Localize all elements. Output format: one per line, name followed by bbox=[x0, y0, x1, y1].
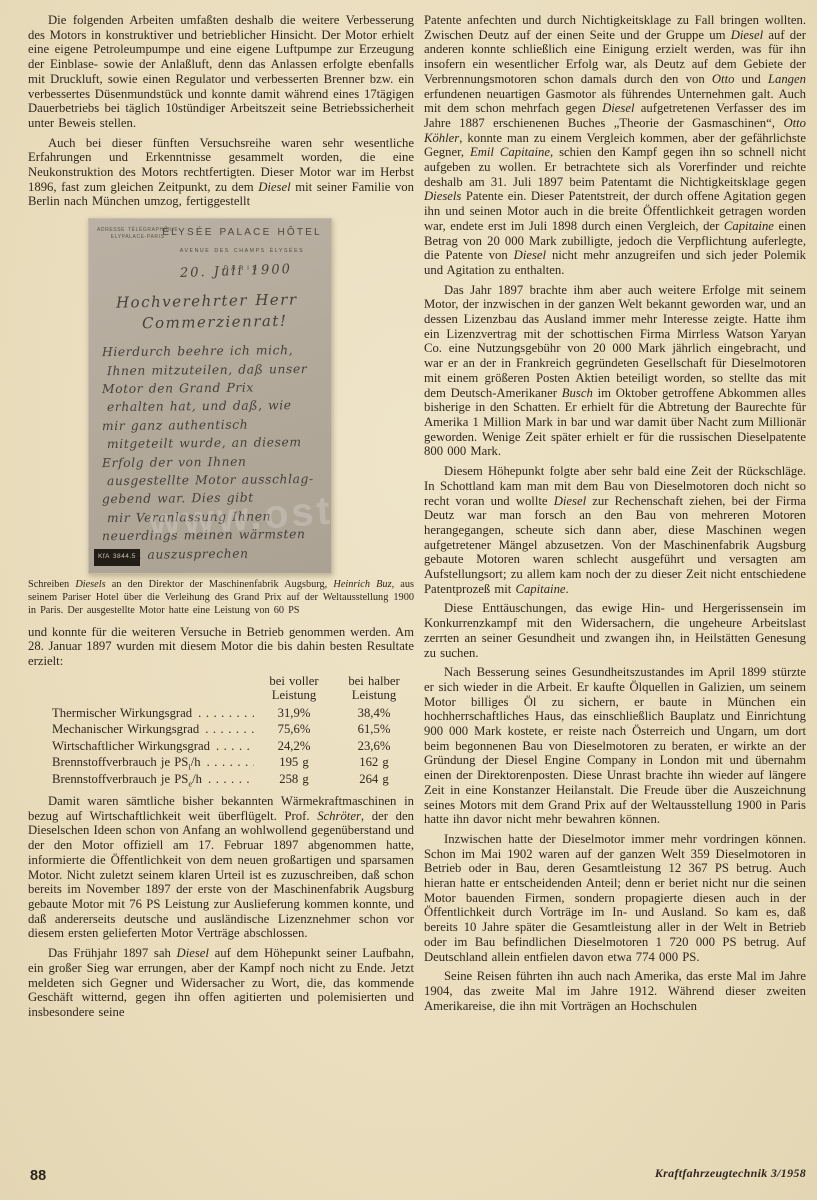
value-full-load: 24,2% bbox=[254, 738, 334, 754]
results-table-body: Thermischer Wirkungsgrad.........31,9%38… bbox=[28, 705, 414, 787]
paragraph: und konnte für die weiteren Versuche in … bbox=[28, 625, 414, 669]
letter-handwriting-line: Ihnen mitzuteilen, daß unser bbox=[102, 359, 326, 380]
letter-date: 20. Juli 1900 bbox=[180, 263, 292, 282]
table-row-label: Brennstoffverbrauch je PSe/h bbox=[52, 771, 202, 787]
archive-stamp: KfA 3844.5 bbox=[94, 549, 140, 566]
letter-salutation-line1: Hochverehrter Herr bbox=[116, 293, 298, 311]
page-number: 88 bbox=[30, 1168, 46, 1184]
value-half-load: 162 g bbox=[334, 754, 414, 770]
letter-salutation-line2: Commerzienrat! bbox=[142, 314, 288, 331]
table-row: Brennstoffverbrauch je PSe/h.......258 g… bbox=[28, 771, 414, 787]
journal-reference: Kraftfahrzeugtechnik 3/1958 bbox=[655, 1166, 806, 1181]
table-column-header: bei vollerLeistung bbox=[254, 674, 334, 702]
value-half-load: 23,6% bbox=[334, 738, 414, 754]
left-column: Die folgenden Arbeiten umfaßten deshalb … bbox=[28, 13, 414, 1025]
table-row-label: Mechanischer Wirkungsgrad bbox=[52, 721, 199, 737]
value-half-load: 264 g bbox=[334, 771, 414, 787]
paragraph: Inzwischen hatte der Dieselmotor immer m… bbox=[424, 832, 806, 964]
figure-caption: Schreiben Diesels an den Direktor der Ma… bbox=[28, 579, 414, 617]
table-row-label: Thermischer Wirkungsgrad bbox=[52, 705, 192, 721]
left-column-top-paragraphs: Die folgenden Arbeiten umfaßten deshalb … bbox=[28, 13, 414, 209]
value-full-load: 195 g bbox=[254, 754, 334, 770]
paragraph: Das Jahr 1897 brachte ihm aber auch weit… bbox=[424, 283, 806, 459]
dot-leader: ....... bbox=[202, 771, 254, 787]
paragraph: Damit waren sämtliche bisher bekannten W… bbox=[28, 794, 414, 941]
table-row-label: Brennstoffverbrauch je PSi/h bbox=[52, 754, 201, 770]
results-table-header: bei vollerLeistungbei halberLeistung bbox=[28, 674, 414, 702]
letter-handwriting-line: mitgeteilt wurde, an diesem bbox=[102, 433, 326, 454]
table-row: Thermischer Wirkungsgrad.........31,9%38… bbox=[28, 705, 414, 721]
hotel-name: ÉLYSÉE PALACE HÔTEL bbox=[156, 226, 328, 241]
results-table: bei vollerLeistungbei halberLeistung The… bbox=[28, 674, 414, 787]
right-column: Patente anfechten und durch Nichtigkeits… bbox=[424, 13, 806, 1018]
paragraph: Auch bei dieser fünften Versuchsreihe wa… bbox=[28, 136, 414, 210]
paragraph: Nach Besserung seines Gesundheitszustand… bbox=[424, 665, 806, 827]
left-column-mid-paragraphs: und konnte für die weiteren Versuche in … bbox=[28, 625, 414, 669]
table-row: Brennstoffverbrauch je PSi/h.......195 g… bbox=[28, 754, 414, 770]
value-half-load: 61,5% bbox=[334, 721, 414, 737]
dot-leader: ........ bbox=[199, 721, 254, 737]
letter-handwriting-line: neuerdings meinen wärmsten bbox=[102, 525, 326, 546]
paragraph: Das Frühjahr 1897 sah Diesel auf dem Höh… bbox=[28, 946, 414, 1020]
dot-leader: ...... bbox=[210, 738, 254, 754]
table-row: Mechanischer Wirkungsgrad........75,6%61… bbox=[28, 721, 414, 737]
table-column-header: bei halberLeistung bbox=[334, 674, 414, 702]
value-full-load: 75,6% bbox=[254, 721, 334, 737]
paragraph: Seine Reisen führten ihn auch nach Ameri… bbox=[424, 969, 806, 1013]
letter-handwriting-line: erhalten hat, und daß, wie bbox=[102, 396, 326, 417]
dot-leader: ....... bbox=[201, 754, 254, 770]
value-full-load: 31,9% bbox=[254, 705, 334, 721]
paragraph: Die folgenden Arbeiten umfaßten deshalb … bbox=[28, 13, 414, 131]
right-column-paragraphs: Patente anfechten und durch Nichtigkeits… bbox=[424, 13, 806, 1013]
letter-handwriting-line: Hierdurch beehre ich mich, bbox=[102, 341, 326, 362]
paragraph: Diesem Höhepunkt folgte aber sehr bald e… bbox=[424, 464, 806, 596]
paragraph: Patente anfechten und durch Nichtigkeits… bbox=[424, 13, 806, 278]
letter-photo-figure: ADRESSE TÉLÉGRAPHIQUE ELYPALACE-PARIS ÉL… bbox=[88, 218, 332, 574]
letter-handwriting-line: Erfolg der von Ihnen bbox=[102, 451, 326, 472]
paragraph: Diese Enttäuschungen, das ewige Hin- und… bbox=[424, 601, 806, 660]
left-column-bottom-paragraphs: Damit waren sämtliche bisher bekannten W… bbox=[28, 794, 414, 1020]
hotel-address: AVENUE DES CHAMPS ÉLYSÉES bbox=[156, 244, 328, 259]
table-row: Wirtschaftlicher Wirkungsgrad......24,2%… bbox=[28, 738, 414, 754]
value-half-load: 38,4% bbox=[334, 705, 414, 721]
value-full-load: 258 g bbox=[254, 771, 334, 787]
letter-body-handwriting: Hierdurch beehre ich mich,Ihnen mitzutei… bbox=[102, 342, 326, 563]
letter-handwriting-line: gebend war. Dies gibt bbox=[102, 488, 326, 509]
dot-leader: ......... bbox=[192, 705, 254, 721]
table-row-label: Wirtschaftlicher Wirkungsgrad bbox=[52, 738, 210, 754]
journal-page: Die folgenden Arbeiten umfaßten deshalb … bbox=[0, 0, 817, 1200]
